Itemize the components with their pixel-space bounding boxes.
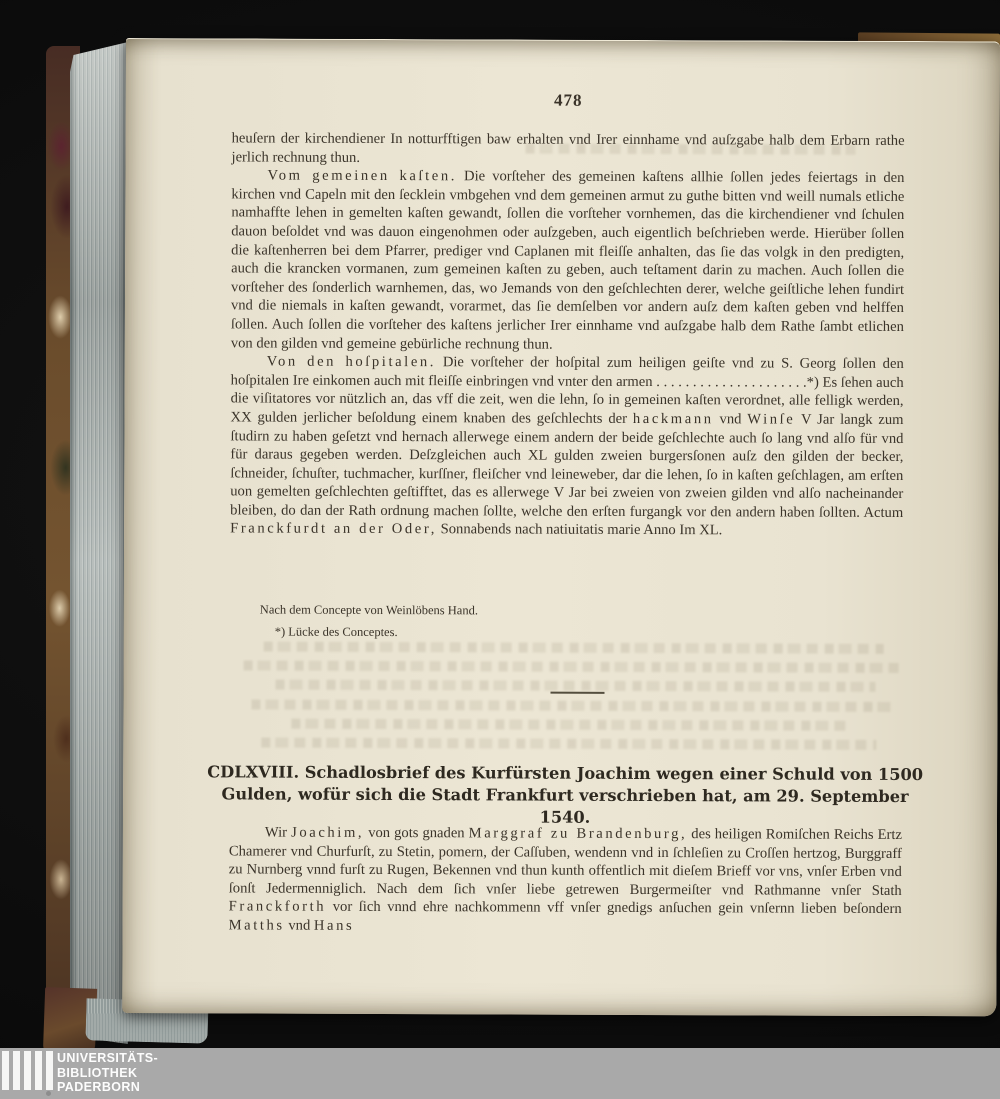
paragraph: Von den hoſpitalen. Die vorſteher der ho… [230,353,904,542]
library-banner: UNIVERSITÄTS- BIBLIOTHEK PADERBORN [0,1048,1000,1099]
book-scan: 478 heuſern der kirchendiener In notturf… [0,0,1000,1099]
bleed-through-ghost-line [526,144,856,155]
paragraph: Wir Joachim, von gots gnaden Marggraf zu… [229,823,902,937]
text-segment: von gots gnaden [364,825,469,841]
logo-bar [2,1051,9,1090]
text-segment: Die vorſteher des gemeinen kaſtens allhi… [231,168,905,352]
logo-bar [46,1051,53,1090]
section-heading: CDLXVIII. Schadlosbrief des Kurfürsten J… [207,761,923,830]
bleed-through-ghost-line [244,660,899,673]
text-segment: Marggraf zu Brandenburg, [469,825,688,842]
charter-text-block: Wir Joachim, von gots gnaden Marggraf zu… [229,823,902,937]
section-divider [550,692,604,694]
logo-bar [35,1051,42,1090]
text-segment: hackmann [633,411,714,427]
paragraph: Vom gemeinen kaſten. Die vorſteher des g… [231,167,905,356]
book-page: 478 heuſern der kirchendiener In notturf… [122,38,1000,1016]
library-name-line: UNIVERSITÄTS- [57,1051,158,1066]
text-segment: Winſe [747,411,795,427]
text-segment: Matths [229,917,285,933]
library-name: UNIVERSITÄTS- BIBLIOTHEK PADERBORN [57,1051,158,1095]
text-segment: vnd [714,411,748,427]
text-segment: Franckfurdt an der Oder, [230,521,437,538]
text-segment: Joachim, [291,825,364,841]
bleed-through-ghost-line [261,738,876,750]
text-segment: Wir [265,825,291,841]
library-name-line: BIBLIOTHEK [57,1066,158,1081]
text-segment: V Jar langk zum ſtudirn zu haben geſetzt… [230,411,903,520]
text-segment: vnd [285,918,314,934]
text-segment: vor ſich vnnd ehre nachkommenn vff vnſer… [326,899,902,917]
main-text-block: heuſern der kirchendiener In notturfftig… [230,129,905,541]
text-segment: Hans [314,918,354,934]
text-segment: Sonnabends nach natiuitatis marie Anno I… [437,522,722,539]
library-logo-icon [2,1051,57,1090]
bleed-through-ghost-line [291,719,851,731]
bleed-through-ghost-line [264,642,884,654]
page-number: 478 [232,89,905,112]
bleed-through-ghost-line [275,680,875,692]
logo-bar [13,1051,20,1090]
text-segment: Franckforth [229,899,327,915]
page-stack-fore-edge [70,42,128,1044]
logo-bar [24,1051,31,1090]
text-segment: Von den hoſpitalen. [267,354,436,371]
logo-dot-icon [46,1091,51,1096]
bleed-through-ghost-line [251,699,891,711]
footnote: *) Lücke des Conceptes. [275,625,398,640]
text-segment: Vom gemeinen kaſten. [267,168,457,185]
footnote-source: Nach dem Concepte von Weinlöbens Hand. [260,603,478,619]
library-name-line: PADERBORN [57,1080,158,1095]
